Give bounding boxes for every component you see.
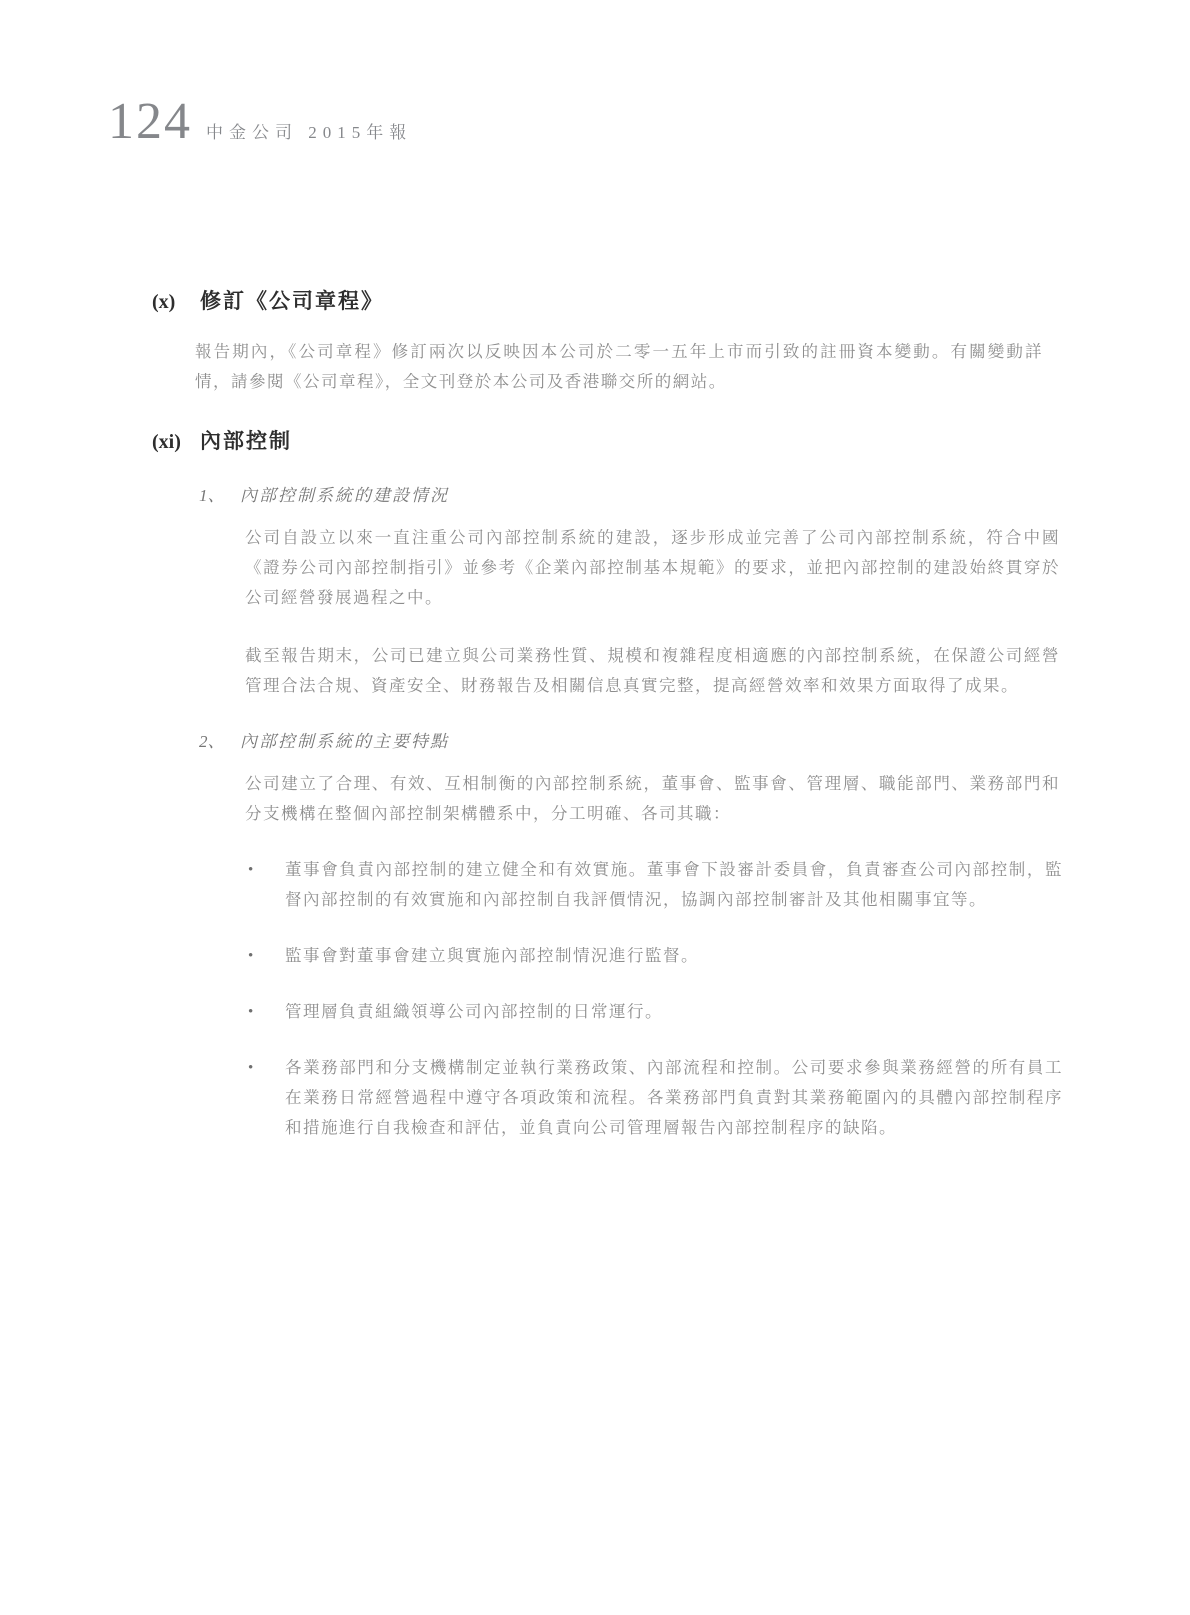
page-number: 124 [108, 96, 192, 148]
subsection-1-construction: 1、 內部控制系統的建設情況 公司自設立以來一直注重公司內部控制系統的建設，逐步… [0, 481, 1190, 701]
bullet-icon: • [248, 941, 285, 971]
report-page: 124 中金公司 2015年報 (x) 修訂《公司章程》 報告期內，《公司章程》… [0, 0, 1190, 1615]
section-x-label: (x) [152, 291, 200, 314]
list-item: • 監事會對董事會建立與實施內部控制情況進行監督。 [248, 941, 1190, 971]
bullet-text: 監事會對董事會建立與實施內部控制情況進行監督。 [285, 941, 1063, 971]
section-internal-control: (xi) 內部控制 1、 內部控制系統的建設情況 公司自設立以來一直注重公司內部… [0, 425, 1190, 1143]
section-amend-articles: (x) 修訂《公司章程》 報告期內，《公司章程》修訂兩次以反映因本公司於二零一五… [0, 285, 1190, 397]
list-item: • 董事會負責內部控制的建立健全和有效實施。董事會下設審計委員會，負責審查公司內… [248, 855, 1190, 915]
subsection-1-heading: 1、 內部控制系統的建設情況 [199, 481, 1190, 506]
subsection-2-intro: 公司建立了合理、有效、互相制衡的內部控制系統，董事會、監事會、管理層、職能部門、… [245, 769, 1060, 829]
page-content: (x) 修訂《公司章程》 報告期內，《公司章程》修訂兩次以反映因本公司於二零一五… [0, 285, 1190, 1143]
subsection-2-number: 2、 [199, 727, 240, 752]
bullet-icon: • [248, 1053, 285, 1143]
section-xi-label: (xi) [152, 431, 200, 454]
bullet-text: 董事會負責內部控制的建立健全和有效實施。董事會下設審計委員會，負責審查公司內部控… [285, 855, 1063, 915]
section-xi-heading: (xi) 內部控制 [0, 425, 1190, 455]
bullet-text: 各業務部門和分支機構制定並執行業務政策、內部流程和控制。公司要求參與業務經營的所… [285, 1053, 1063, 1143]
bullet-icon: • [248, 855, 285, 915]
subsection-1-paragraph: 截至報告期末，公司已建立與公司業務性質、規模和複雜程度相適應的內部控制系統，在保… [245, 641, 1060, 701]
list-item: • 管理層負責組織領導公司內部控制的日常運行。 [248, 997, 1190, 1027]
feature-bullet-list: • 董事會負責內部控制的建立健全和有效實施。董事會下設審計委員會，負責審查公司內… [0, 855, 1190, 1143]
subsection-2-title: 內部控制系統的主要特點 [240, 727, 449, 752]
section-xi-title: 內部控制 [200, 425, 292, 455]
section-x-title: 修訂《公司章程》 [200, 285, 384, 315]
page-header: 124 中金公司 2015年報 [108, 96, 412, 148]
subsection-1-paragraph: 公司自設立以來一直注重公司內部控制系統的建設，逐步形成並完善了公司內部控制系統，… [245, 523, 1060, 613]
section-x-paragraph: 報告期內，《公司章程》修訂兩次以反映因本公司於二零一五年上市而引致的註冊資本變動… [195, 337, 1043, 397]
section-x-heading: (x) 修訂《公司章程》 [0, 285, 1190, 315]
subsection-2-heading: 2、 內部控制系統的主要特點 [199, 727, 1190, 752]
report-title: 中金公司 2015年報 [206, 118, 412, 143]
list-item: • 各業務部門和分支機構制定並執行業務政策、內部流程和控制。公司要求參與業務經營… [248, 1053, 1190, 1143]
subsection-2-features: 2、 內部控制系統的主要特點 公司建立了合理、有效、互相制衡的內部控制系統，董事… [0, 727, 1190, 1143]
subsection-1-number: 1、 [199, 481, 240, 506]
bullet-text: 管理層負責組織領導公司內部控制的日常運行。 [285, 997, 1063, 1027]
subsection-1-title: 內部控制系統的建設情況 [240, 481, 449, 506]
bullet-icon: • [248, 997, 285, 1027]
